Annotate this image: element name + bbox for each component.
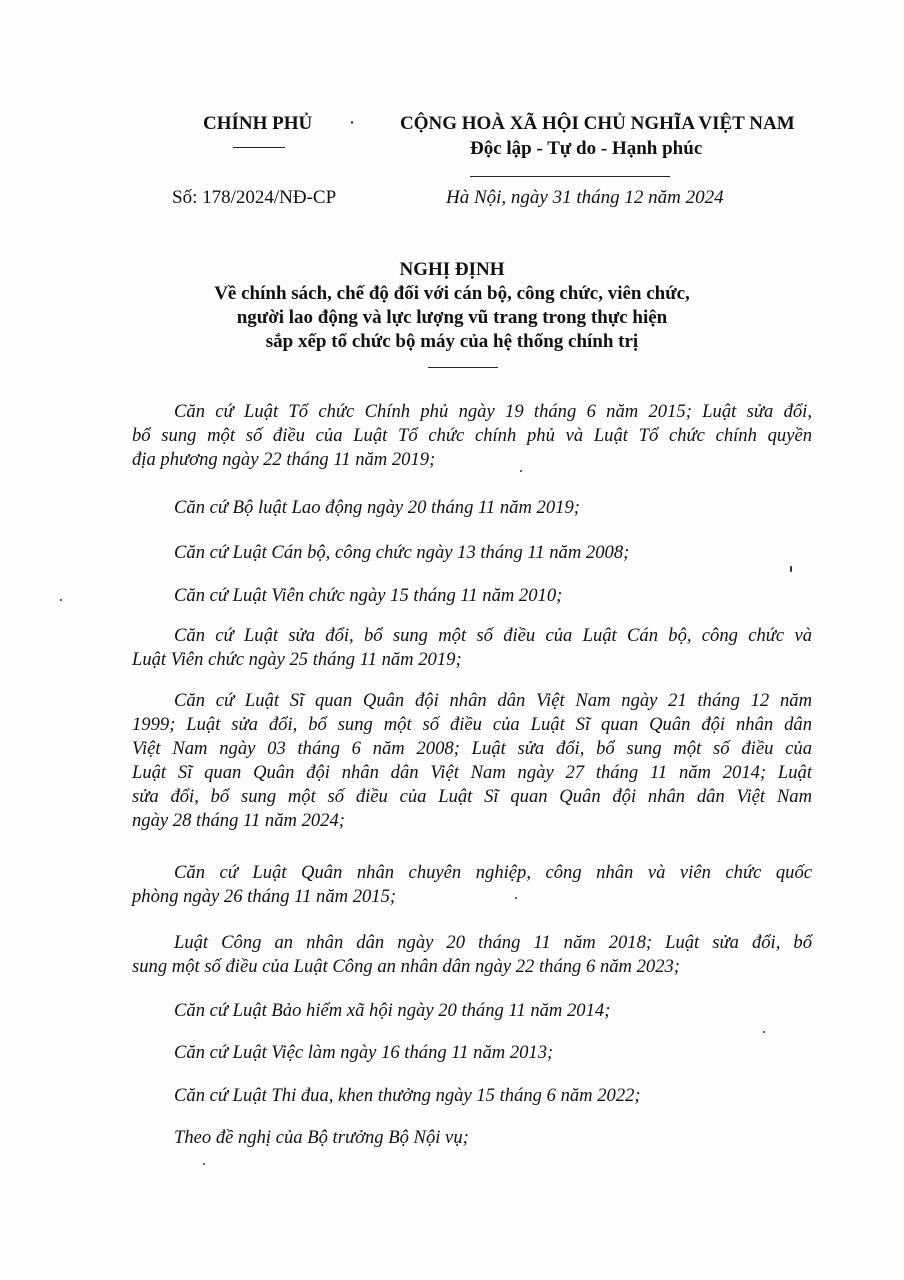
paragraph-line: Căn cứ Luật Bảo hiểm xã hội ngày 20 thán… <box>132 999 812 1023</box>
national-motto: Độc lập - Tự do - Hạnh phúc <box>470 138 702 160</box>
motto-underline <box>470 176 670 177</box>
preamble-paragraph: Căn cứ Luật sửa đổi, bổ sung một số điều… <box>132 624 812 672</box>
paragraph-line: sửa đổi, bổ sung một số điều của Luật Sĩ… <box>132 785 812 809</box>
scan-speck <box>60 599 62 601</box>
preamble-paragraph: Theo đề nghị của Bộ trưởng Bộ Nội vụ; <box>132 1126 812 1150</box>
paragraph-line: Căn cứ Bộ luật Lao động ngày 20 tháng 11… <box>132 496 812 520</box>
paragraph-line: Căn cứ Luật sửa đổi, bổ sung một số điều… <box>132 624 812 648</box>
scan-speck <box>520 470 522 472</box>
document-type: NGHỊ ĐỊNH <box>0 258 904 282</box>
preamble-paragraph: Căn cứ Luật Bảo hiểm xã hội ngày 20 thán… <box>132 999 812 1023</box>
paragraph-line: Căn cứ Luật Sĩ quan Quân đội nhân dân Vi… <box>132 689 812 713</box>
document-title-block: NGHỊ ĐỊNH Về chính sách, chế độ đối với … <box>0 258 904 354</box>
preamble-paragraph: Căn cứ Luật Quân nhân chuyên nghiệp, côn… <box>132 861 812 909</box>
paragraph-line: phòng ngày 26 tháng 11 năm 2015; <box>132 885 812 909</box>
scan-speck <box>351 121 353 124</box>
issuing-agency: CHÍNH PHỦ <box>203 113 312 135</box>
paragraph-line: Theo đề nghị của Bộ trưởng Bộ Nội vụ; <box>132 1126 812 1150</box>
paragraph-line: 1999; Luật sửa đổi, bổ sung một số điều … <box>132 713 812 737</box>
scan-speck <box>515 897 517 899</box>
paragraph-line: Căn cứ Luật Cán bộ, công chức ngày 13 th… <box>132 541 812 565</box>
agency-underline <box>233 147 285 148</box>
preamble-paragraph: Căn cứ Luật Việc làm ngày 16 tháng 11 nă… <box>132 1041 812 1065</box>
paragraph-line: bổ sung một số điều của Luật Tổ chức chí… <box>132 424 812 448</box>
place-and-date: Hà Nội, ngày 31 tháng 12 năm 2024 <box>446 187 724 209</box>
scan-speck <box>790 566 792 572</box>
preamble-paragraph: Căn cứ Bộ luật Lao động ngày 20 tháng 11… <box>132 496 812 520</box>
preamble-paragraph: Căn cứ Luật Tổ chức Chính phủ ngày 19 th… <box>132 400 812 472</box>
preamble-paragraph: Căn cứ Luật Thi đua, khen thưởng ngày 15… <box>132 1084 812 1108</box>
paragraph-line: địa phương ngày 22 tháng 11 năm 2019; <box>132 448 812 472</box>
document-subtitle-line: người lao động và lực lượng vũ trang tro… <box>0 306 904 330</box>
preamble-paragraph: Căn cứ Luật Sĩ quan Quân đội nhân dân Vi… <box>132 689 812 833</box>
paragraph-line: Căn cứ Luật Tổ chức Chính phủ ngày 19 th… <box>132 400 812 424</box>
document-number: Số: 178/2024/NĐ-CP <box>172 187 336 209</box>
preamble-paragraph: Căn cứ Luật Cán bộ, công chức ngày 13 th… <box>132 541 812 565</box>
paragraph-line: Căn cứ Luật Thi đua, khen thưởng ngày 15… <box>132 1084 812 1108</box>
paragraph-line: Căn cứ Luật Việc làm ngày 16 tháng 11 nă… <box>132 1041 812 1065</box>
paragraph-line: Luật Sĩ quan Quân đội nhân dân Việt Nam … <box>132 761 812 785</box>
preamble-paragraph: Luật Công an nhân dân ngày 20 tháng 11 n… <box>132 931 812 979</box>
document-subtitle-line: sắp xếp tổ chức bộ máy của hệ thống chín… <box>0 330 904 354</box>
preamble-paragraph: Căn cứ Luật Viên chức ngày 15 tháng 11 n… <box>132 584 812 608</box>
scan-speck <box>763 1031 765 1033</box>
document-subtitle-line: Về chính sách, chế độ đối với cán bộ, cô… <box>0 282 904 306</box>
paragraph-line: Luật Công an nhân dân ngày 20 tháng 11 n… <box>132 931 812 955</box>
paragraph-line: Căn cứ Luật Viên chức ngày 15 tháng 11 n… <box>132 584 812 608</box>
paragraph-line: Căn cứ Luật Quân nhân chuyên nghiệp, côn… <box>132 861 812 885</box>
country-name: CỘNG HOÀ XÃ HỘI CHỦ NGHĨA VIỆT NAM <box>400 113 795 135</box>
paragraph-line: Việt Nam ngày 03 tháng 6 năm 2008; Luật … <box>132 737 812 761</box>
document-page: CHÍNH PHỦ Số: 178/2024/NĐ-CP CỘNG HOÀ XÃ… <box>0 0 904 1280</box>
paragraph-line: Luật Viên chức ngày 25 tháng 11 năm 2019… <box>132 648 812 672</box>
scan-speck <box>203 1163 205 1165</box>
title-underline <box>428 367 498 368</box>
paragraph-line: ngày 28 tháng 11 năm 2024; <box>132 809 812 833</box>
paragraph-line: sung một số điều của Luật Công an nhân d… <box>132 955 812 979</box>
